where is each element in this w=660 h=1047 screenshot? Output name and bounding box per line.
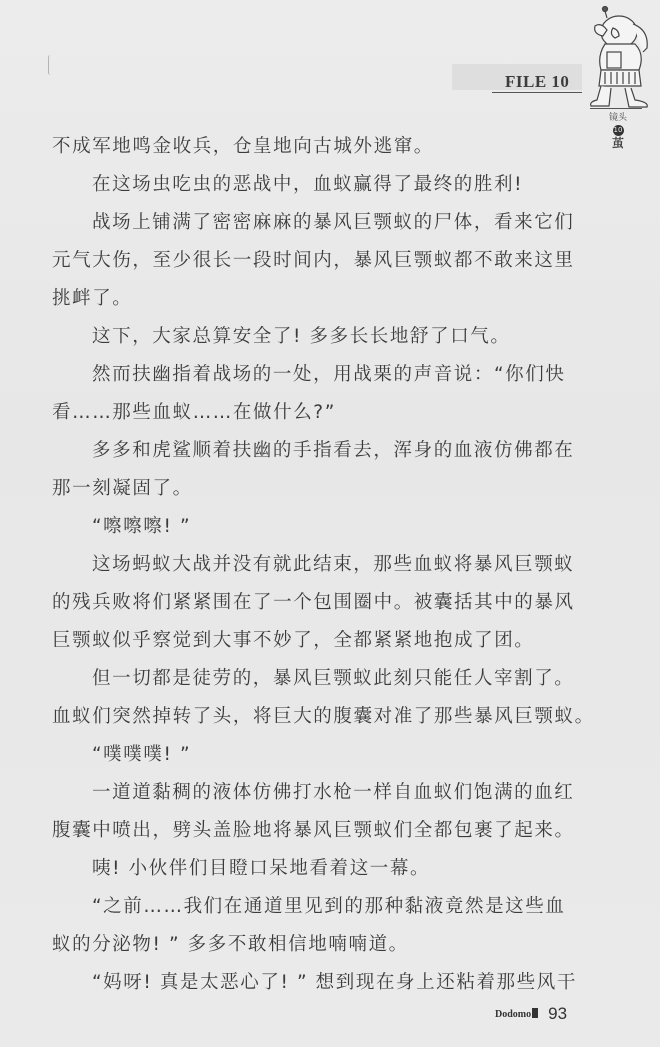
body-text: 不成军地鸣金收兵，仓皇地向古城外逃窜。在这场虫吃虫的恶战中，血蚁赢得了最终的胜利… <box>52 128 572 1002</box>
chapter-number-badge: 10 <box>613 125 624 136</box>
text-line: 巨颚蚁似乎察觉到大事不妙了，全都紧紧地抱成了团。 <box>52 622 572 660</box>
side-tab-title: 茧 <box>604 137 632 149</box>
text-line: 的残兵败将们紧紧围在了一个包围圈中。被囊括其中的暴风 <box>52 584 572 622</box>
text-line: 但一切都是徒劳的，暴风巨颚蚁此刻只能任人宰割了。 <box>52 660 572 698</box>
text-line: 那一刻凝固了。 <box>52 470 572 508</box>
text-line: 然而扶幽指着战场的一处，用战栗的声音说：“你们快 <box>52 356 572 394</box>
text-line: 元气大伤，至少很长一段时间内，暴风巨颚蚁都不敢来这里 <box>52 242 572 280</box>
mascot-rule <box>590 108 642 109</box>
text-line: 这场蚂蚁大战并没有就此结束，那些血蚁将暴风巨颚蚁 <box>52 546 572 584</box>
text-line: 这下，大家总算安全了! 多多长长地舒了口气。 <box>52 318 572 356</box>
text-line: 在这场虫吃虫的恶战中，血蚁赢得了最终的胜利! <box>52 166 572 204</box>
scan-artifact <box>48 55 53 75</box>
text-line: 血蚁们突然掉转了头，将巨大的腹囊对准了那些暴风巨颚蚁。 <box>52 698 572 736</box>
book-page: FILE 10 镜头 10 茧 不成军地鸣金收兵，仓皇地向古城外逃窜。在这场虫吃… <box>0 0 660 1047</box>
text-line: “之前……我们在通道里见到的那种黏液竟然是这些血 <box>52 888 572 926</box>
volume-mark-icon <box>532 1008 538 1018</box>
text-line: 一道道黏稠的液体仿佛打水枪一样自血蚁们饱满的血红 <box>52 774 572 812</box>
chapter-file-label: FILE 10 <box>505 72 569 92</box>
text-line: 不成军地鸣金收兵，仓皇地向古城外逃窜。 <box>52 128 572 166</box>
page-number: 93 <box>548 1004 567 1024</box>
text-line: 腹囊中喷出，劈头盖脸地将暴风巨颚蚁们全都包裹了起来。 <box>52 812 572 850</box>
text-line: 挑衅了。 <box>52 280 572 318</box>
footer-brand: Dodomo <box>495 1008 538 1020</box>
side-tab-label: 镜头 <box>604 112 632 124</box>
text-line: “妈呀! 真是太恶心了! ” 想到现在身上还粘着那些风干 <box>52 964 572 1002</box>
text-line: 战场上铺满了密密麻麻的暴风巨颚蚁的尸体，看来它们 <box>52 204 572 242</box>
text-line: 看……那些血蚁……在做什么?” <box>52 394 572 432</box>
text-line: “嚓嚓嚓! ” <box>52 508 572 546</box>
text-line: 蚁的分泌物! ” 多多不敢相信地喃喃道。 <box>52 926 572 964</box>
text-line: “噗噗噗! ” <box>52 736 572 774</box>
mascot-icon <box>583 4 657 110</box>
header-rule <box>492 92 582 93</box>
chapter-side-tab: 镜头 10 茧 <box>604 112 632 149</box>
page-footer: Dodomo 93 <box>495 1004 567 1024</box>
text-line: 咦! 小伙伴们目瞪口呆地看着这一幕。 <box>52 850 572 888</box>
text-line: 多多和虎鲨顺着扶幽的手指看去，浑身的血液仿佛都在 <box>52 432 572 470</box>
